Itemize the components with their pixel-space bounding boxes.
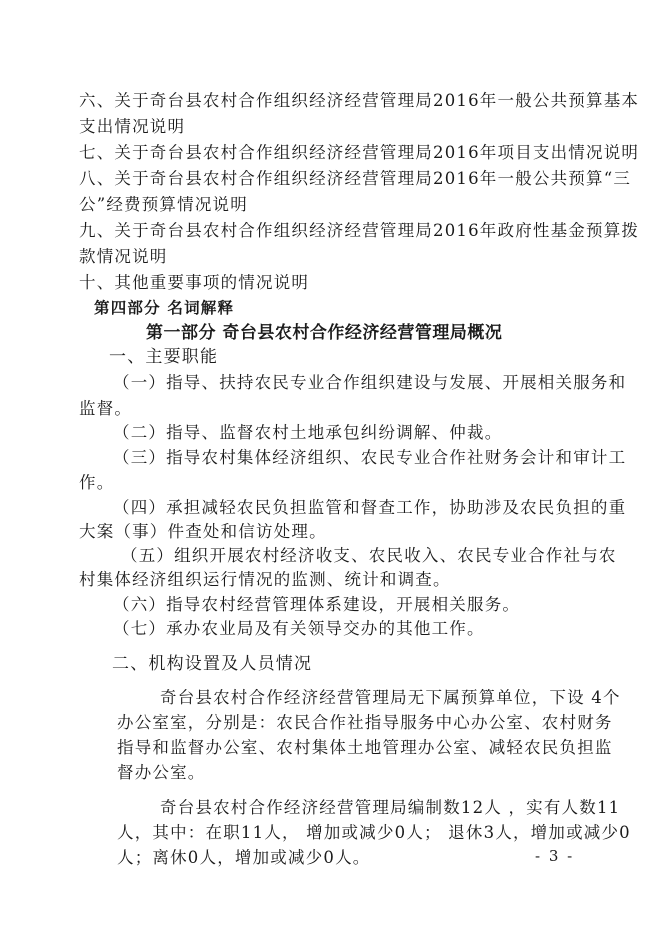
- toc-item-8-line1: 八、关于奇台县农村合作组织经济经营管理局2016年一般公共预算“三: [79, 168, 631, 190]
- toc-item-8-line2: 公”经费预算情况说明: [79, 194, 248, 216]
- toc-item-10: 十、其他重要事项的情况说明: [79, 272, 309, 294]
- duty-1-line1: （一）指导、扶持农民专业合作组织建设与发展、开展相关服务和: [113, 372, 626, 394]
- toc-item-9-line2: 款情况说明: [79, 246, 168, 268]
- duty-2: （二）指导、监督农村土地承包纠纷调解、仲裁。: [113, 422, 502, 444]
- duty-3-line2: 作。: [79, 472, 114, 494]
- toc-item-6-line2: 支出情况说明: [79, 116, 185, 138]
- part1-title: 第一部分 奇台县农村合作经济经营管理局概况: [146, 322, 502, 344]
- toc-part-4: 第四部分 名词解释: [94, 297, 234, 319]
- duty-5-line1: （五）组织开展农村经济收支、农民收入、农民专业合作社与农: [121, 545, 617, 567]
- staff-para-line3: 人；离休0人，增加或减少0人。: [117, 847, 371, 869]
- duty-3-line1: （三）指导农村集体经济组织、农民专业合作社财务会计和审计工: [113, 447, 626, 469]
- org-para-line4: 督办公室。: [117, 762, 206, 784]
- toc-item-9-line1: 九、关于奇台县农村合作组织经济经营管理局2016年政府性基金预算拨: [79, 220, 639, 242]
- staff-para-line1: 奇台县农村合作经济经营管理局编制数12人 ，实有人数11: [160, 797, 620, 819]
- duty-5-line2: 村集体经济组织运行情况的监测、统计和调查。: [79, 569, 451, 591]
- duty-1-line2: 监督。: [79, 398, 132, 420]
- org-para-line3: 指导和监督办公室、农村集体土地管理办公室、减轻农民负担监: [117, 737, 613, 759]
- document-page: 六、关于奇台县农村合作组织经济经营管理局2016年一般公共预算基本 支出情况说明…: [0, 0, 662, 936]
- duty-6: （六）指导农村经营管理体系建设，开展相关服务。: [113, 594, 520, 616]
- toc-item-6-line1: 六、关于奇台县农村合作组织经济经营管理局2016年一般公共预算基本: [79, 90, 639, 112]
- section2-heading: 二、机构设置及人员情况: [112, 653, 312, 675]
- org-para-line2: 办公室室，分别是：农民合作社指导服务中心办公室、农村财务: [117, 712, 613, 734]
- duty-4-line1: （四）承担减轻农民负担监管和督查工作，协助涉及农民负担的重: [113, 497, 626, 519]
- section1-heading: 一、主要职能: [109, 346, 218, 368]
- duty-4-line2: 大案（事）件查处和信访处理。: [79, 521, 327, 543]
- duty-7: （七）承办农业局及有关领导交办的其他工作。: [113, 618, 485, 640]
- toc-item-7: 七、关于奇台县农村合作组织经济经营管理局2016年项目支出情况说明: [79, 142, 639, 164]
- org-para-line1: 奇台县农村合作经济经营管理局无下属预算单位，下设 4个: [160, 687, 621, 709]
- staff-para-line2: 人，其中：在职11人， 增加或减少0人； 退休3人，增加或减少0: [117, 822, 631, 844]
- page-number: - 3 -: [535, 847, 574, 865]
